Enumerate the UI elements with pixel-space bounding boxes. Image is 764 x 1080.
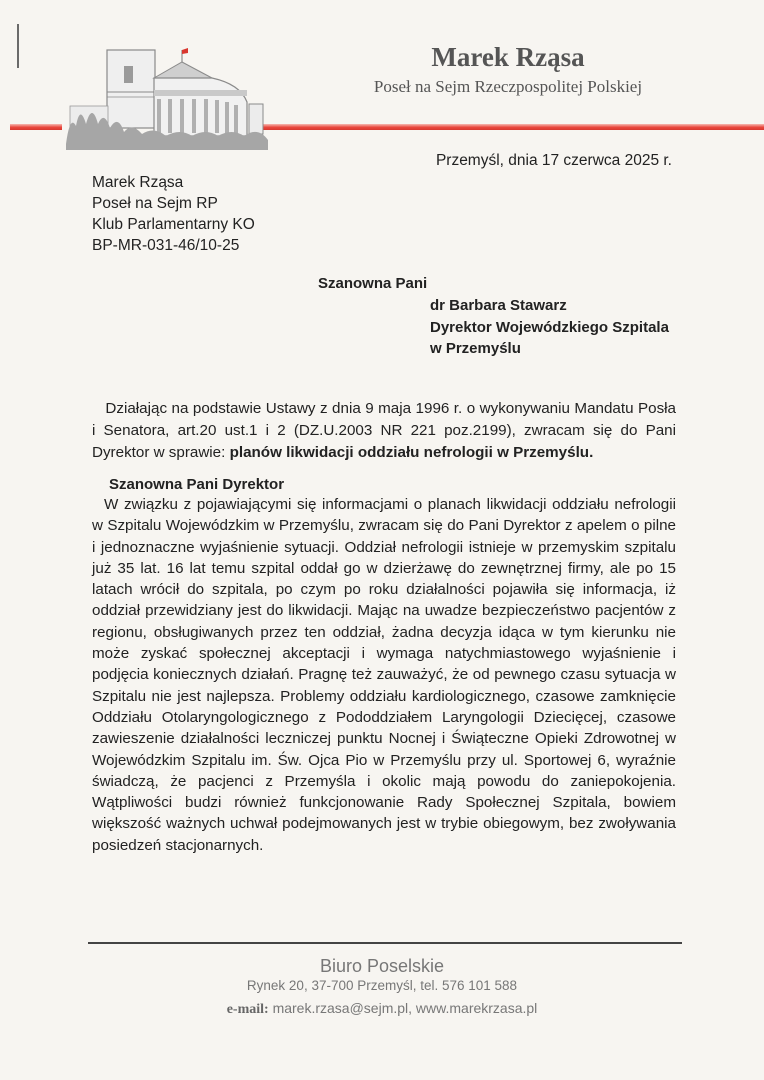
- letterhead-subtitle: Poseł na Sejm Rzeczpospolitej Polskiej: [300, 77, 716, 97]
- website-link[interactable]: www.marekrzasa.pl: [416, 1000, 537, 1016]
- footer-divider: [88, 942, 682, 944]
- contact-separator: ,: [408, 1000, 416, 1016]
- margin-mark: [17, 24, 19, 68]
- email-label: e-mail:: [227, 1002, 269, 1017]
- letter-subject: planów likwidacji oddziału nefrologii w …: [230, 444, 594, 461]
- intro-paragraph: Działając na podstawie Ustawy z dnia 9 m…: [92, 398, 676, 464]
- sender-title: Poseł na Sejm RP: [92, 193, 255, 214]
- footer-office-title: Biuro Poselskie: [0, 956, 764, 977]
- letterhead-rule-right: [263, 124, 764, 130]
- sender-block: Marek Rząsa Poseł na Sejm RP Klub Parlam…: [92, 172, 255, 256]
- sender-name: Marek Rząsa: [92, 172, 255, 193]
- email-link[interactable]: marek.rzasa@sejm.pl: [273, 1000, 409, 1016]
- reference-number: BP-MR-031-46/10-25: [92, 235, 255, 256]
- recipient-salutation: Szanowna Pani: [318, 275, 427, 292]
- date-line: Przemyśl, dnia 17 czerwca 2025 r.: [436, 152, 672, 170]
- recipient-name: dr Barbara Stawarz: [430, 295, 669, 317]
- footer-address: Rynek 20, 37-700 Przemyśl, tel. 576 101 …: [0, 978, 764, 993]
- recipient-location: w Przemyślu: [430, 338, 669, 360]
- sejm-building-icon: [62, 44, 272, 150]
- recipient-block: dr Barbara Stawarz Dyrektor Wojewódzkieg…: [430, 295, 669, 360]
- letterhead-rule-left: [10, 124, 62, 130]
- body-salutation: Szanowna Pani Dyrektor: [109, 476, 284, 493]
- sender-club: Klub Parlamentarny KO: [92, 214, 255, 235]
- body-paragraph: W związku z pojawiającymi się informacja…: [92, 494, 676, 856]
- footer-contact: e-mail: marek.rzasa@sejm.pl, www.marekrz…: [0, 1000, 764, 1018]
- recipient-position: Dyrektor Wojewódzkiego Szpitala: [430, 317, 669, 339]
- letterhead-name: Marek Rząsa: [300, 42, 716, 73]
